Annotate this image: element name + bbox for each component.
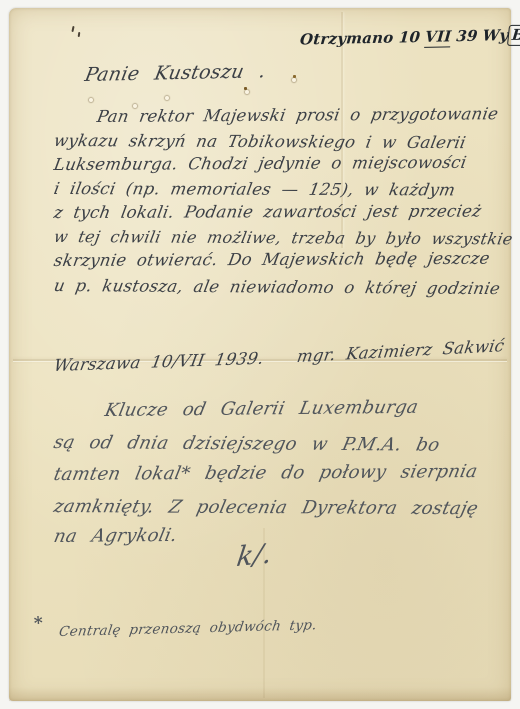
- received-text: Otrzymano 10: [299, 28, 421, 49]
- received-year: 39: [456, 27, 479, 45]
- handwritten-line: zamknięty. Z polecenia Dyrektora zostaję: [52, 498, 480, 518]
- paper-hole: [245, 90, 249, 94]
- ink-speck: [71, 26, 74, 32]
- ink-speck: [78, 32, 81, 37]
- received-clerk-initials: Wy: [482, 26, 509, 45]
- handwritten-line: u p. kustosza, ale niewiadomo o której g…: [52, 278, 501, 298]
- signature: mgr. Kazimierz Sakwić: [296, 338, 506, 366]
- footnote-marker: *: [33, 615, 43, 633]
- handwritten-line: z tych lokali. Podanie zawartości jest p…: [53, 204, 483, 222]
- handwritten-line: są od dnia dzisiejszego w P.M.A. bo: [52, 434, 441, 455]
- received-annotation: Otrzymano 10VII39WyBa: [299, 24, 520, 50]
- photo-background: Otrzymano 10VII39WyBa Panie Kustoszu . P…: [0, 0, 520, 709]
- handwritten-line: i ilości (np. memoriales — 125), w każdy…: [53, 181, 457, 199]
- handwritten-line: wykazu skrzyń na Tobikowskiego i w Galer…: [53, 133, 468, 152]
- received-month: VII: [424, 27, 452, 48]
- salutation: Panie Kustoszu .: [83, 62, 267, 85]
- handwritten-line: Klucze od Galerii Luxemburga: [103, 399, 420, 420]
- handwritten-line: skrzynie otwierać. Do Majewskich będę je…: [53, 251, 491, 270]
- handwritten-line: w tej chwili nie możliwe, trzeba by było…: [53, 229, 515, 247]
- footnote-text: Centralę przenoszą obydwóch typ.: [58, 619, 318, 639]
- rust-speck: [244, 87, 247, 90]
- handwritten-line: na Agrykoli.: [52, 527, 179, 546]
- bottom-edge-shading: [9, 687, 511, 701]
- closing-initials: k/.: [235, 540, 274, 571]
- rust-speck: [293, 75, 296, 78]
- paper-hole: [165, 96, 169, 100]
- received-clerk-initials-boxed: Ba: [507, 25, 520, 46]
- paper-hole: [292, 78, 296, 82]
- paper-hole: [89, 98, 93, 102]
- letter-paper: Otrzymano 10VII39WyBa Panie Kustoszu . P…: [9, 8, 511, 701]
- handwritten-line: tamten lokal* będzie do połowy sierpnia: [52, 463, 479, 484]
- handwritten-line: Pan rektor Majewski prosi o przygotowani…: [96, 106, 500, 125]
- place-and-date: Warszawa 10/VII 1939.: [53, 351, 266, 375]
- handwritten-line: Luksemburga. Chodzi jedynie o miejscowoś…: [53, 155, 468, 174]
